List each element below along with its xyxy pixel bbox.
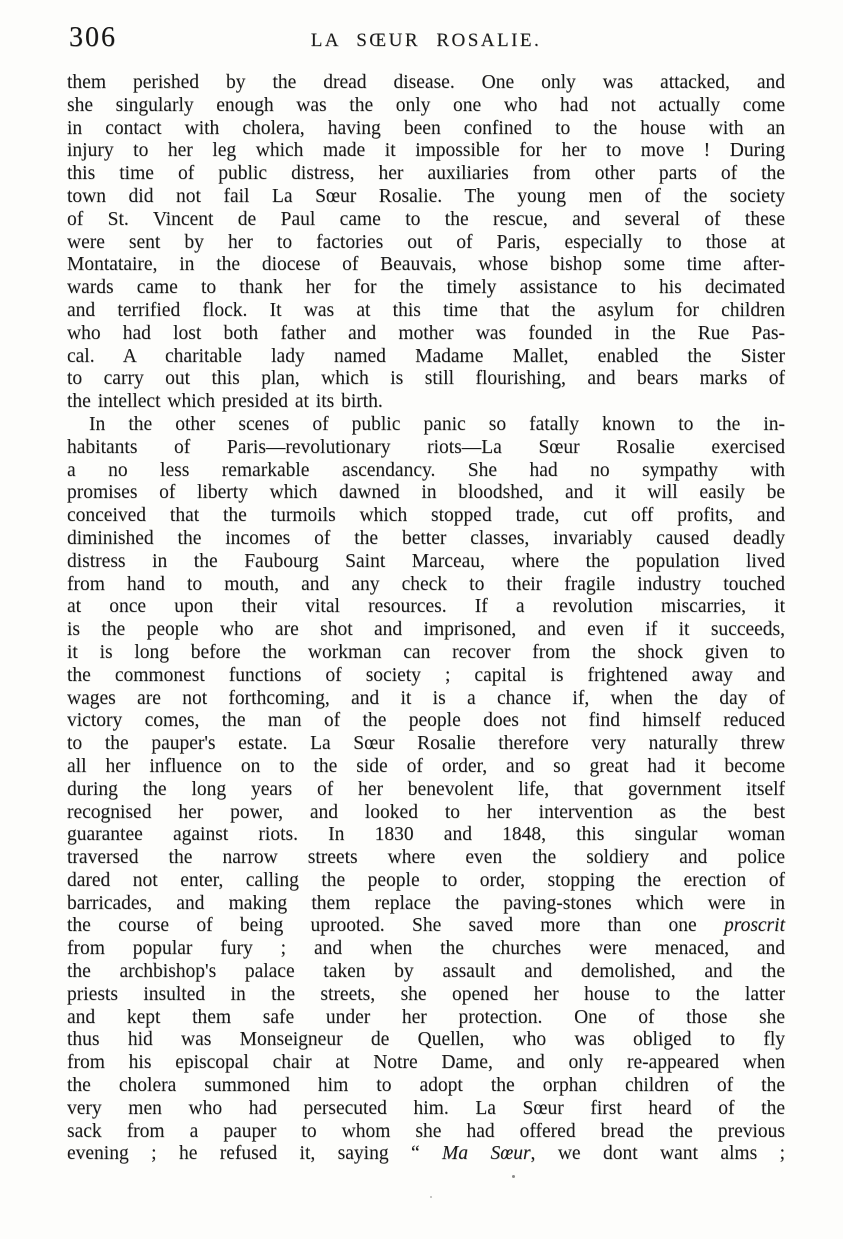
text-segment: is the people who are shot and imprisone… xyxy=(67,619,785,640)
text-segment: this time of public distress, her auxili… xyxy=(67,163,785,184)
scan-speck xyxy=(512,1175,515,1178)
text-line: this time of public distress, her auxili… xyxy=(67,163,785,186)
text-segment: she singularly enough was the only one w… xyxy=(67,95,785,116)
book-page: 306 LA SŒUR ROSALIE. them perished by th… xyxy=(0,0,843,1239)
text-line: recognised her power, and looked to her … xyxy=(67,802,785,825)
text-line: barricades, and making them replace the … xyxy=(67,893,785,916)
text-line: cal. A charitable lady named Madame Mall… xyxy=(67,346,785,369)
text-segment: who had lost both father and mother was … xyxy=(67,323,785,344)
text-line: a no less remarkable ascendancy. She had… xyxy=(67,460,785,483)
text-line: it is long before the workman can recove… xyxy=(67,642,785,665)
text-segment: promises of liberty which dawned in bloo… xyxy=(67,482,785,503)
text-segment: very men who had persecuted him. La Sœur… xyxy=(67,1098,785,1119)
text-segment: thus hid was Monseigneur de Quellen, who… xyxy=(67,1029,785,1050)
text-line: wages are not forthcoming, and it is a c… xyxy=(67,688,785,711)
text-segment: the cholera summoned him to adopt the or… xyxy=(67,1075,785,1096)
running-title: LA SŒUR ROSALIE. xyxy=(67,30,785,52)
text-line: injury to her leg which made it impossib… xyxy=(67,140,785,163)
scan-speck xyxy=(430,1196,432,1198)
text-segment: the course of being uprooted. She saved … xyxy=(67,915,724,936)
text-segment: wages are not forthcoming, and it is a c… xyxy=(67,688,785,709)
text-line: town did not fail La Sœur Rosalie. The y… xyxy=(67,186,785,209)
text-line: at once upon their vital resources. If a… xyxy=(67,596,785,619)
text-line: very men who had persecuted him. La Sœur… xyxy=(67,1098,785,1121)
text-segment: during the long years of her benevolent … xyxy=(67,779,785,800)
text-line: in contact with cholera, having been con… xyxy=(67,118,785,141)
text-segment: from his episcopal chair at Notre Dame, … xyxy=(67,1052,785,1073)
text-segment: from popular fury ; and when the churche… xyxy=(67,938,785,959)
text-segment: victory comes, the man of the people doe… xyxy=(67,710,785,731)
text-line: thus hid was Monseigneur de Quellen, who… xyxy=(67,1029,785,1052)
text-segment: Montataire, in the diocese of Beauvais, … xyxy=(67,254,785,275)
text-line: dared not enter, calling the people to o… xyxy=(67,870,785,893)
text-line: of St. Vincent de Paul came to the rescu… xyxy=(67,209,785,232)
text-line: conceived that the turmoils which stoppe… xyxy=(67,505,785,528)
text-line: distress in the Faubourg Saint Marceau, … xyxy=(67,551,785,574)
text-line: evening ; he refused it, saying “ Ma Sœu… xyxy=(67,1143,785,1166)
text-line: wards came to thank her for the timely a… xyxy=(67,277,785,300)
text-segment: a no less remarkable ascendancy. She had… xyxy=(67,460,785,481)
text-segment: the archbishop's palace taken by assault… xyxy=(67,961,785,982)
text-segment: evening ; he refused it, saying “ xyxy=(67,1143,442,1164)
text-line: were sent by her to factories out of Par… xyxy=(67,232,785,255)
text-line: habitants of Paris—revolutionary riots—L… xyxy=(67,437,785,460)
text-line: diminished the incomes of the better cla… xyxy=(67,528,785,551)
paragraph: In the other scenes of public panic so f… xyxy=(67,414,785,1166)
text-segment: of St. Vincent de Paul came to the rescu… xyxy=(67,209,785,230)
text-line: who had lost both father and mother was … xyxy=(67,323,785,346)
text-segment: the intellect which presided at its birt… xyxy=(67,391,383,412)
text-line: promises of liberty which dawned in bloo… xyxy=(67,482,785,505)
text-segment: sack from a pauper to whom she had offer… xyxy=(67,1121,785,1142)
text-line: all her influence on to the side of orde… xyxy=(67,756,785,779)
text-segment: injury to her leg which made it impossib… xyxy=(67,140,785,161)
text-line: is the people who are shot and imprisone… xyxy=(67,619,785,642)
text-line: traversed the narrow streets where even … xyxy=(67,847,785,870)
text-segment: diminished the incomes of the better cla… xyxy=(67,528,785,549)
text-segment: , we dont want alms ; xyxy=(531,1143,785,1164)
text-segment: to carry out this plan, which is still f… xyxy=(67,368,785,389)
text-segment: In the other scenes of public panic so f… xyxy=(89,414,785,435)
text-segment: them perished by the dread disease. One … xyxy=(67,72,785,93)
text-segment: wards came to thank her for the timely a… xyxy=(67,277,785,298)
text-segment: dared not enter, calling the people to o… xyxy=(67,870,785,891)
text-segment: in contact with cholera, having been con… xyxy=(67,118,785,139)
text-segment: habitants of Paris—revolutionary riots—L… xyxy=(67,437,785,458)
text-segment: it is long before the workman can recove… xyxy=(67,642,785,663)
text-segment: town did not fail La Sœur Rosalie. The y… xyxy=(67,186,785,207)
text-segment: priests insulted in the streets, she ope… xyxy=(67,984,785,1005)
text-segment: distress in the Faubourg Saint Marceau, … xyxy=(67,551,785,572)
text-segment: from hand to mouth, and any check to the… xyxy=(67,574,785,595)
text-line: In the other scenes of public panic so f… xyxy=(67,414,785,437)
text-segment: the commonest functions of society ; cap… xyxy=(67,665,785,686)
text-segment: Ma Sœur xyxy=(442,1143,531,1164)
text-segment: were sent by her to factories out of Par… xyxy=(67,232,785,253)
text-line: during the long years of her benevolent … xyxy=(67,779,785,802)
text-line: Montataire, in the diocese of Beauvais, … xyxy=(67,254,785,277)
text-line: the intellect which presided at its birt… xyxy=(67,391,785,414)
text-line: from his episcopal chair at Notre Dame, … xyxy=(67,1052,785,1075)
text-line: victory comes, the man of the people doe… xyxy=(67,710,785,733)
text-block: them perished by the dread disease. One … xyxy=(67,72,785,1166)
text-line: the course of being uprooted. She saved … xyxy=(67,915,785,938)
text-line: and kept them safe under her protection.… xyxy=(67,1007,785,1030)
text-segment: at once upon their vital resources. If a… xyxy=(67,596,785,617)
text-line: priests insulted in the streets, she ope… xyxy=(67,984,785,1007)
text-segment: proscrit xyxy=(724,915,785,936)
text-segment: and terrified flock. It was at this time… xyxy=(67,300,785,321)
text-line: them perished by the dread disease. One … xyxy=(67,72,785,95)
text-segment: conceived that the turmoils which stoppe… xyxy=(67,505,785,526)
text-segment: and kept them safe under her protection.… xyxy=(67,1007,785,1028)
text-line: to the pauper's estate. La Sœur Rosalie … xyxy=(67,733,785,756)
text-line: the commonest functions of society ; cap… xyxy=(67,665,785,688)
text-segment: cal. A charitable lady named Madame Mall… xyxy=(67,346,785,367)
text-line: from popular fury ; and when the churche… xyxy=(67,938,785,961)
text-segment: all her influence on to the side of orde… xyxy=(67,756,785,777)
text-segment: barricades, and making them replace the … xyxy=(67,893,785,914)
text-segment: recognised her power, and looked to her … xyxy=(67,802,785,823)
paragraph: them perished by the dread disease. One … xyxy=(67,72,785,414)
text-line: guarantee against riots. In 1830 and 184… xyxy=(67,824,785,847)
text-line: she singularly enough was the only one w… xyxy=(67,95,785,118)
text-segment: traversed the narrow streets where even … xyxy=(67,847,785,868)
text-line: the cholera summoned him to adopt the or… xyxy=(67,1075,785,1098)
text-segment: guarantee against riots. In 1830 and 184… xyxy=(67,824,785,845)
text-line: sack from a pauper to whom she had offer… xyxy=(67,1121,785,1144)
text-segment: to the pauper's estate. La Sœur Rosalie … xyxy=(67,733,785,754)
text-line: to carry out this plan, which is still f… xyxy=(67,368,785,391)
text-line: the archbishop's palace taken by assault… xyxy=(67,961,785,984)
text-line: from hand to mouth, and any check to the… xyxy=(67,574,785,597)
text-line: and terrified flock. It was at this time… xyxy=(67,300,785,323)
page-header: 306 LA SŒUR ROSALIE. xyxy=(67,26,785,60)
